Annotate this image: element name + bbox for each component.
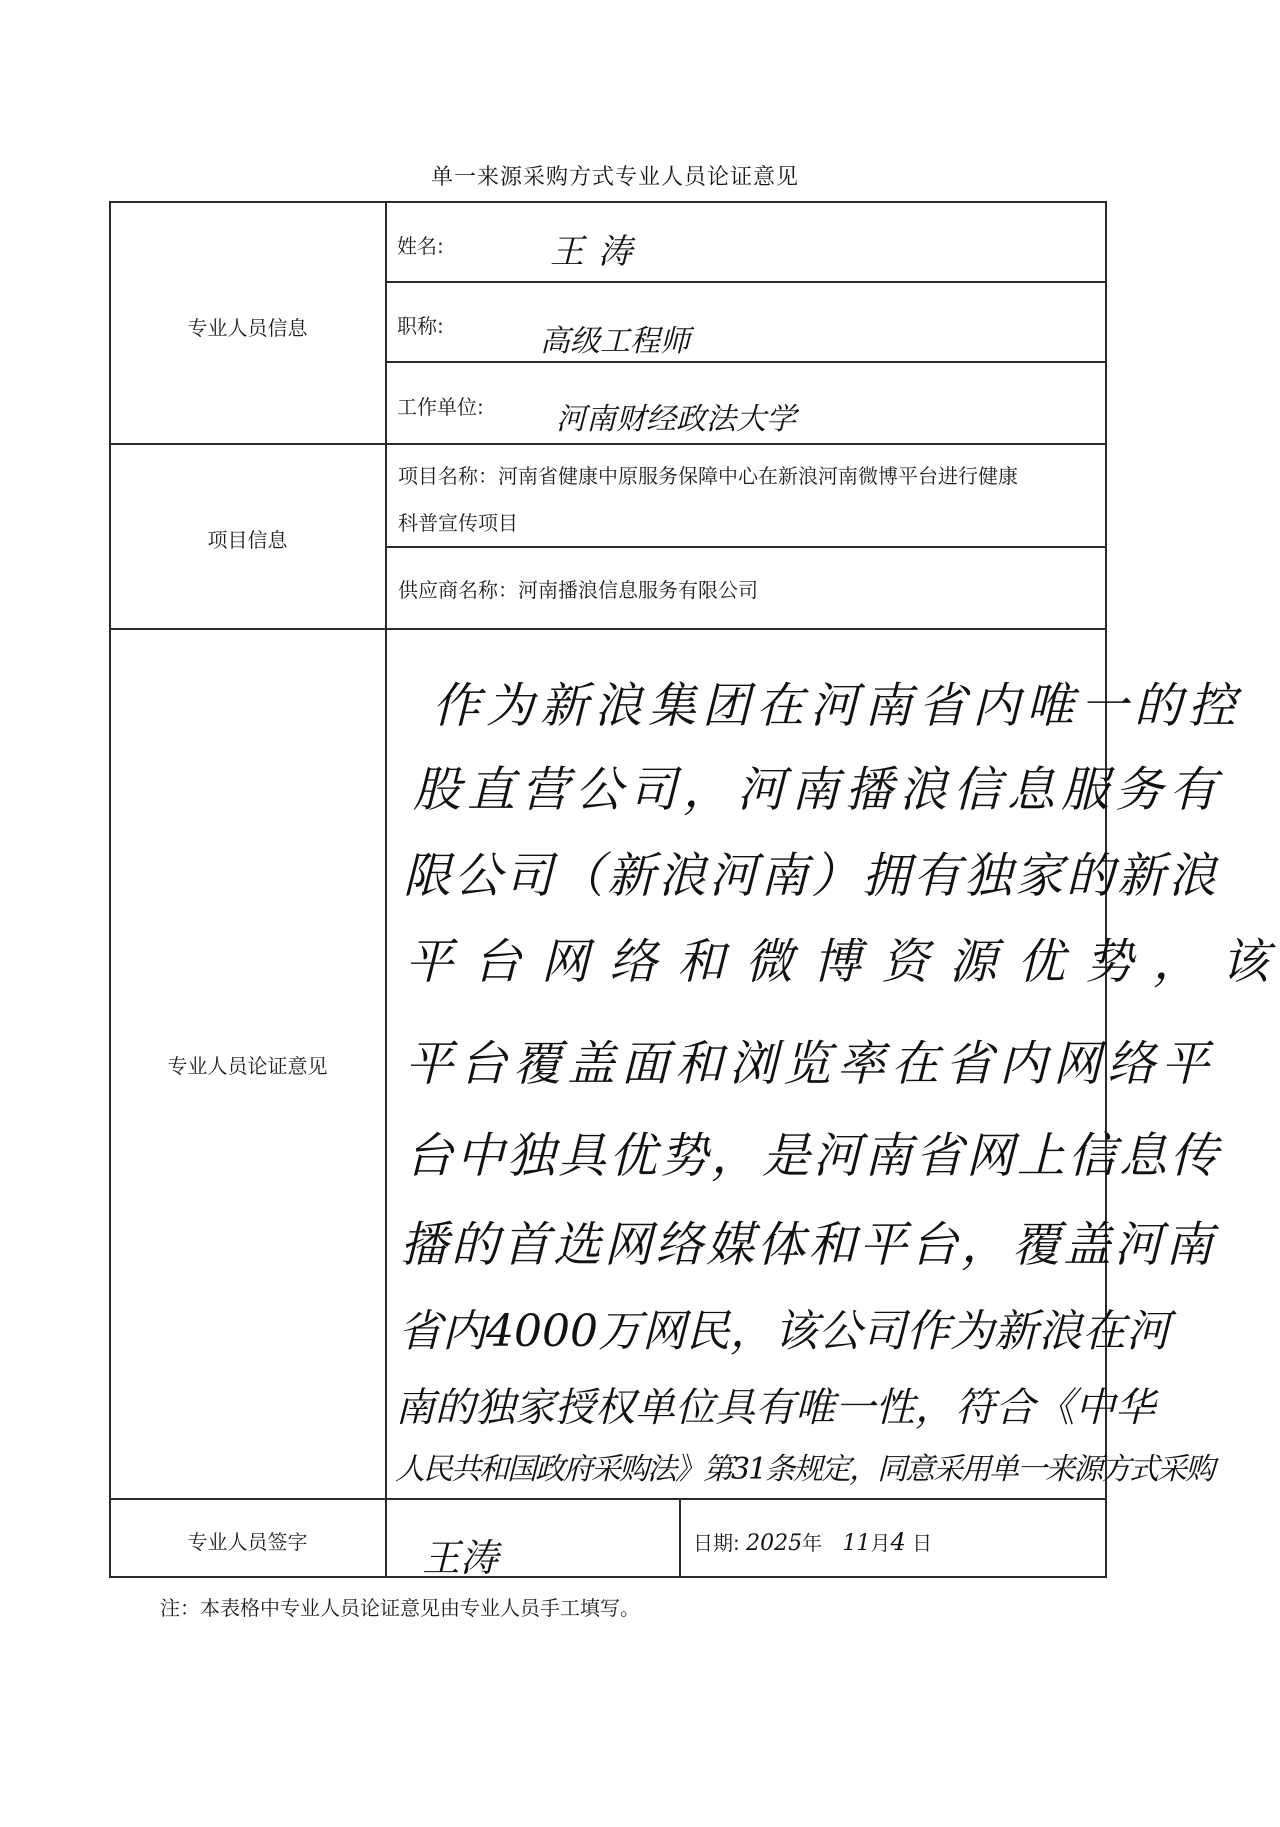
date-column-divider — [679, 1498, 681, 1578]
opinion-line-8: 省内4000万网民，该公司作为新浪在河 — [398, 1310, 1170, 1354]
table-top-border — [109, 201, 1107, 203]
date-month-unit: 月 — [870, 1531, 890, 1555]
section-divider — [109, 628, 1107, 630]
date-day: 4 — [890, 1528, 905, 1556]
opinion-line-6: 台中独具优势，是河南省网上信息传 — [405, 1132, 1221, 1180]
date-day-unit: 日 — [912, 1531, 932, 1555]
section-label-personnel: 专业人员信息 — [109, 312, 386, 341]
opinion-line-9: 南的独家授权单位具有唯一性，符合《中华 — [395, 1388, 1155, 1428]
document-title: 单一来源采购方式专业人员论证意见 — [0, 160, 1230, 191]
section-divider — [109, 1498, 1107, 1500]
project-name-value: 河南省健康中原服务保障中心在新浪河南微博平台进行健康 — [498, 464, 1018, 488]
field-value-employer: 河南财经政法大学 — [556, 394, 796, 438]
row-divider — [386, 361, 1107, 363]
table-bottom-border — [109, 1576, 1107, 1578]
date-label: 日期: — [693, 1531, 740, 1555]
date-row: 日期: 2025年 11月4 日 — [693, 1527, 932, 1556]
opinion-line-1: 作为新浪集团在河南省内唯一的控 — [432, 682, 1242, 730]
opinion-line-7: 播的首选网络媒体和平台，覆盖河南 — [400, 1221, 1216, 1269]
supplier-value: 河南播浪信息服务有限公司 — [518, 578, 758, 602]
supplier-label: 供应商名称： — [398, 578, 518, 602]
date-year: 2025 — [746, 1531, 802, 1556]
field-label-name: 姓名: — [397, 230, 444, 259]
project-name-line-1: 项目名称：河南省健康中原服务保障中心在新浪河南微博平台进行健康 — [398, 460, 1018, 489]
table-left-border — [109, 201, 111, 1578]
column-divider — [385, 201, 387, 1578]
row-divider — [386, 546, 1107, 548]
opinion-line-4: 平台网络和微博资源优势，该 — [405, 938, 1280, 986]
section-label-project: 项目信息 — [109, 524, 386, 553]
opinion-line-10: 人民共和国政府采购法》第31条规定，同意采用单一来源方式采购 — [395, 1455, 1213, 1485]
field-label-employer: 工作单位: — [397, 391, 484, 420]
date-month: 11 — [842, 1531, 870, 1556]
footer-note: 注：本表格中专业人员论证意见由专业人员手工填写。 — [160, 1592, 640, 1621]
opinion-line-5: 平台覆盖面和浏览率在省内网络平 — [405, 1040, 1215, 1088]
project-name-label: 项目名称： — [398, 464, 498, 488]
section-divider — [109, 443, 1107, 445]
section-label-signature: 专业人员签字 — [109, 1526, 386, 1555]
signature-value: 王涛 — [422, 1527, 498, 1582]
section-label-opinion: 专业人员论证意见 — [109, 1050, 386, 1079]
opinion-line-3: 限公司（新浪河南）拥有独家的新浪 — [403, 852, 1219, 900]
field-value-title: 高级工程师 — [540, 316, 690, 360]
supplier-row: 供应商名称：河南播浪信息服务有限公司 — [398, 574, 758, 603]
opinion-line-2: 股直营公司，河南播浪信息服务有 — [413, 766, 1223, 814]
date-year-unit: 年 — [802, 1531, 822, 1555]
row-divider — [386, 281, 1107, 283]
field-label-title: 职称: — [397, 310, 444, 339]
project-name-line-2: 科普宣传项目 — [398, 507, 518, 536]
field-value-name: 王涛 — [550, 224, 646, 273]
